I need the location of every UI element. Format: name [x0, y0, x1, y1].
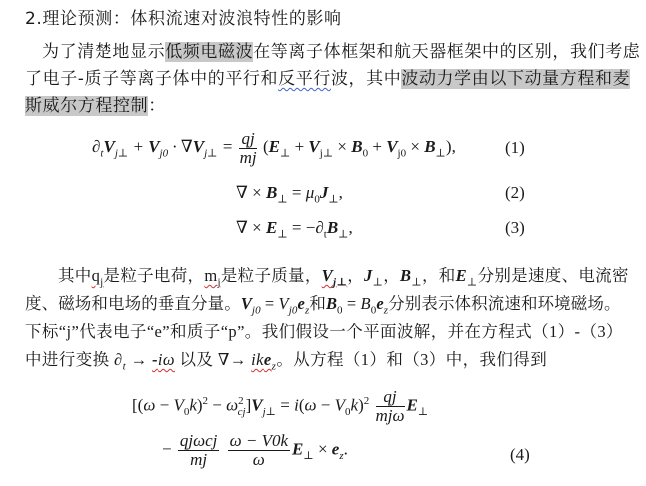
paragraph2-line1: 其中qj是粒子电荷，mj是粒子质量，Vj⊥，J⊥，B⊥，和E⊥分别是速度、电流密: [58, 262, 629, 288]
grammar-flag-text[interactable]: 反平行: [278, 69, 331, 89]
equation-1: ∂tVj⊥ + Vj0 · ∇Vj⊥ = qjmj (E⊥ + Vj⊥ × B0…: [92, 130, 456, 167]
eq1-fraction: qjmj: [239, 130, 256, 167]
eq4-fraction3: ω − V0kω: [228, 432, 290, 469]
paragraph1-line1: 为了清楚地显示低频电磁波在等离子体框架和航天器框架中的区别，我们考虑: [42, 37, 640, 62]
text: 波，其中: [331, 69, 401, 89]
equation-2-number: (2): [505, 183, 525, 203]
equation-4-line1: [(ω − V0k)2 − ω2cj]Vj⊥ = i(ω − V0k)2 qjm…: [132, 388, 428, 425]
equation-1-number: (1): [505, 138, 525, 158]
equation-3: ∇ × E⊥ = −∂tB⊥,: [236, 218, 353, 240]
text: 了电子-质子等离子体中的平行和: [25, 69, 278, 89]
section-heading: 2.理论预测：体积流速对波浪特性的影响: [25, 4, 342, 29]
highlighted-text: 波动力学由以下动量方程和麦: [401, 69, 630, 89]
paragraph1-line2: 了电子-质子等离子体中的平行和反平行波，其中波动力学由以下动量方程和麦: [25, 64, 630, 89]
eq4-fraction2: qjωcjmj: [178, 432, 220, 469]
equation-3-number: (3): [505, 218, 525, 238]
paragraph2-line3: 下标“j”代表电子“e”和质子“p”。我们假设一个平面波解，并在方程式（1）-（…: [25, 318, 623, 342]
highlighted-text: 低频电磁波: [165, 42, 253, 62]
eq1-lhs: ∂tVj⊥ + Vj0 · ∇Vj⊥ =: [92, 137, 233, 156]
eq4-fraction1: qjmjω: [376, 388, 405, 425]
equation-4-line2: − qjωcjmj ω − V0kωE⊥ × ez.: [162, 432, 348, 469]
paragraph2-line2: 度、磁场和电场的垂直分量。Vj0 = Vj0ez和B0 = B0ez分别表示体积…: [25, 290, 621, 316]
text: ：: [148, 96, 166, 116]
equation-2: ∇ × B⊥ = μ0J⊥,: [236, 183, 343, 205]
text: 在等离子体框架和航天器框架中的区别，我们考虑: [253, 42, 640, 62]
equation-4-number: (4): [510, 445, 530, 465]
highlighted-text: 斯威尔方程控制: [25, 96, 148, 116]
paragraph1-line3: 斯威尔方程控制：: [25, 91, 166, 116]
paragraph2-line4: 中进行变换 ∂t → -iω 以及 ∇→ ikez。从方程（1）和（3）中，我们…: [25, 346, 547, 372]
eq1-rhs: (E⊥ + Vj⊥ × B0 + Vj0 × B⊥),: [263, 137, 456, 156]
text: 为了清楚地显示: [42, 42, 165, 62]
